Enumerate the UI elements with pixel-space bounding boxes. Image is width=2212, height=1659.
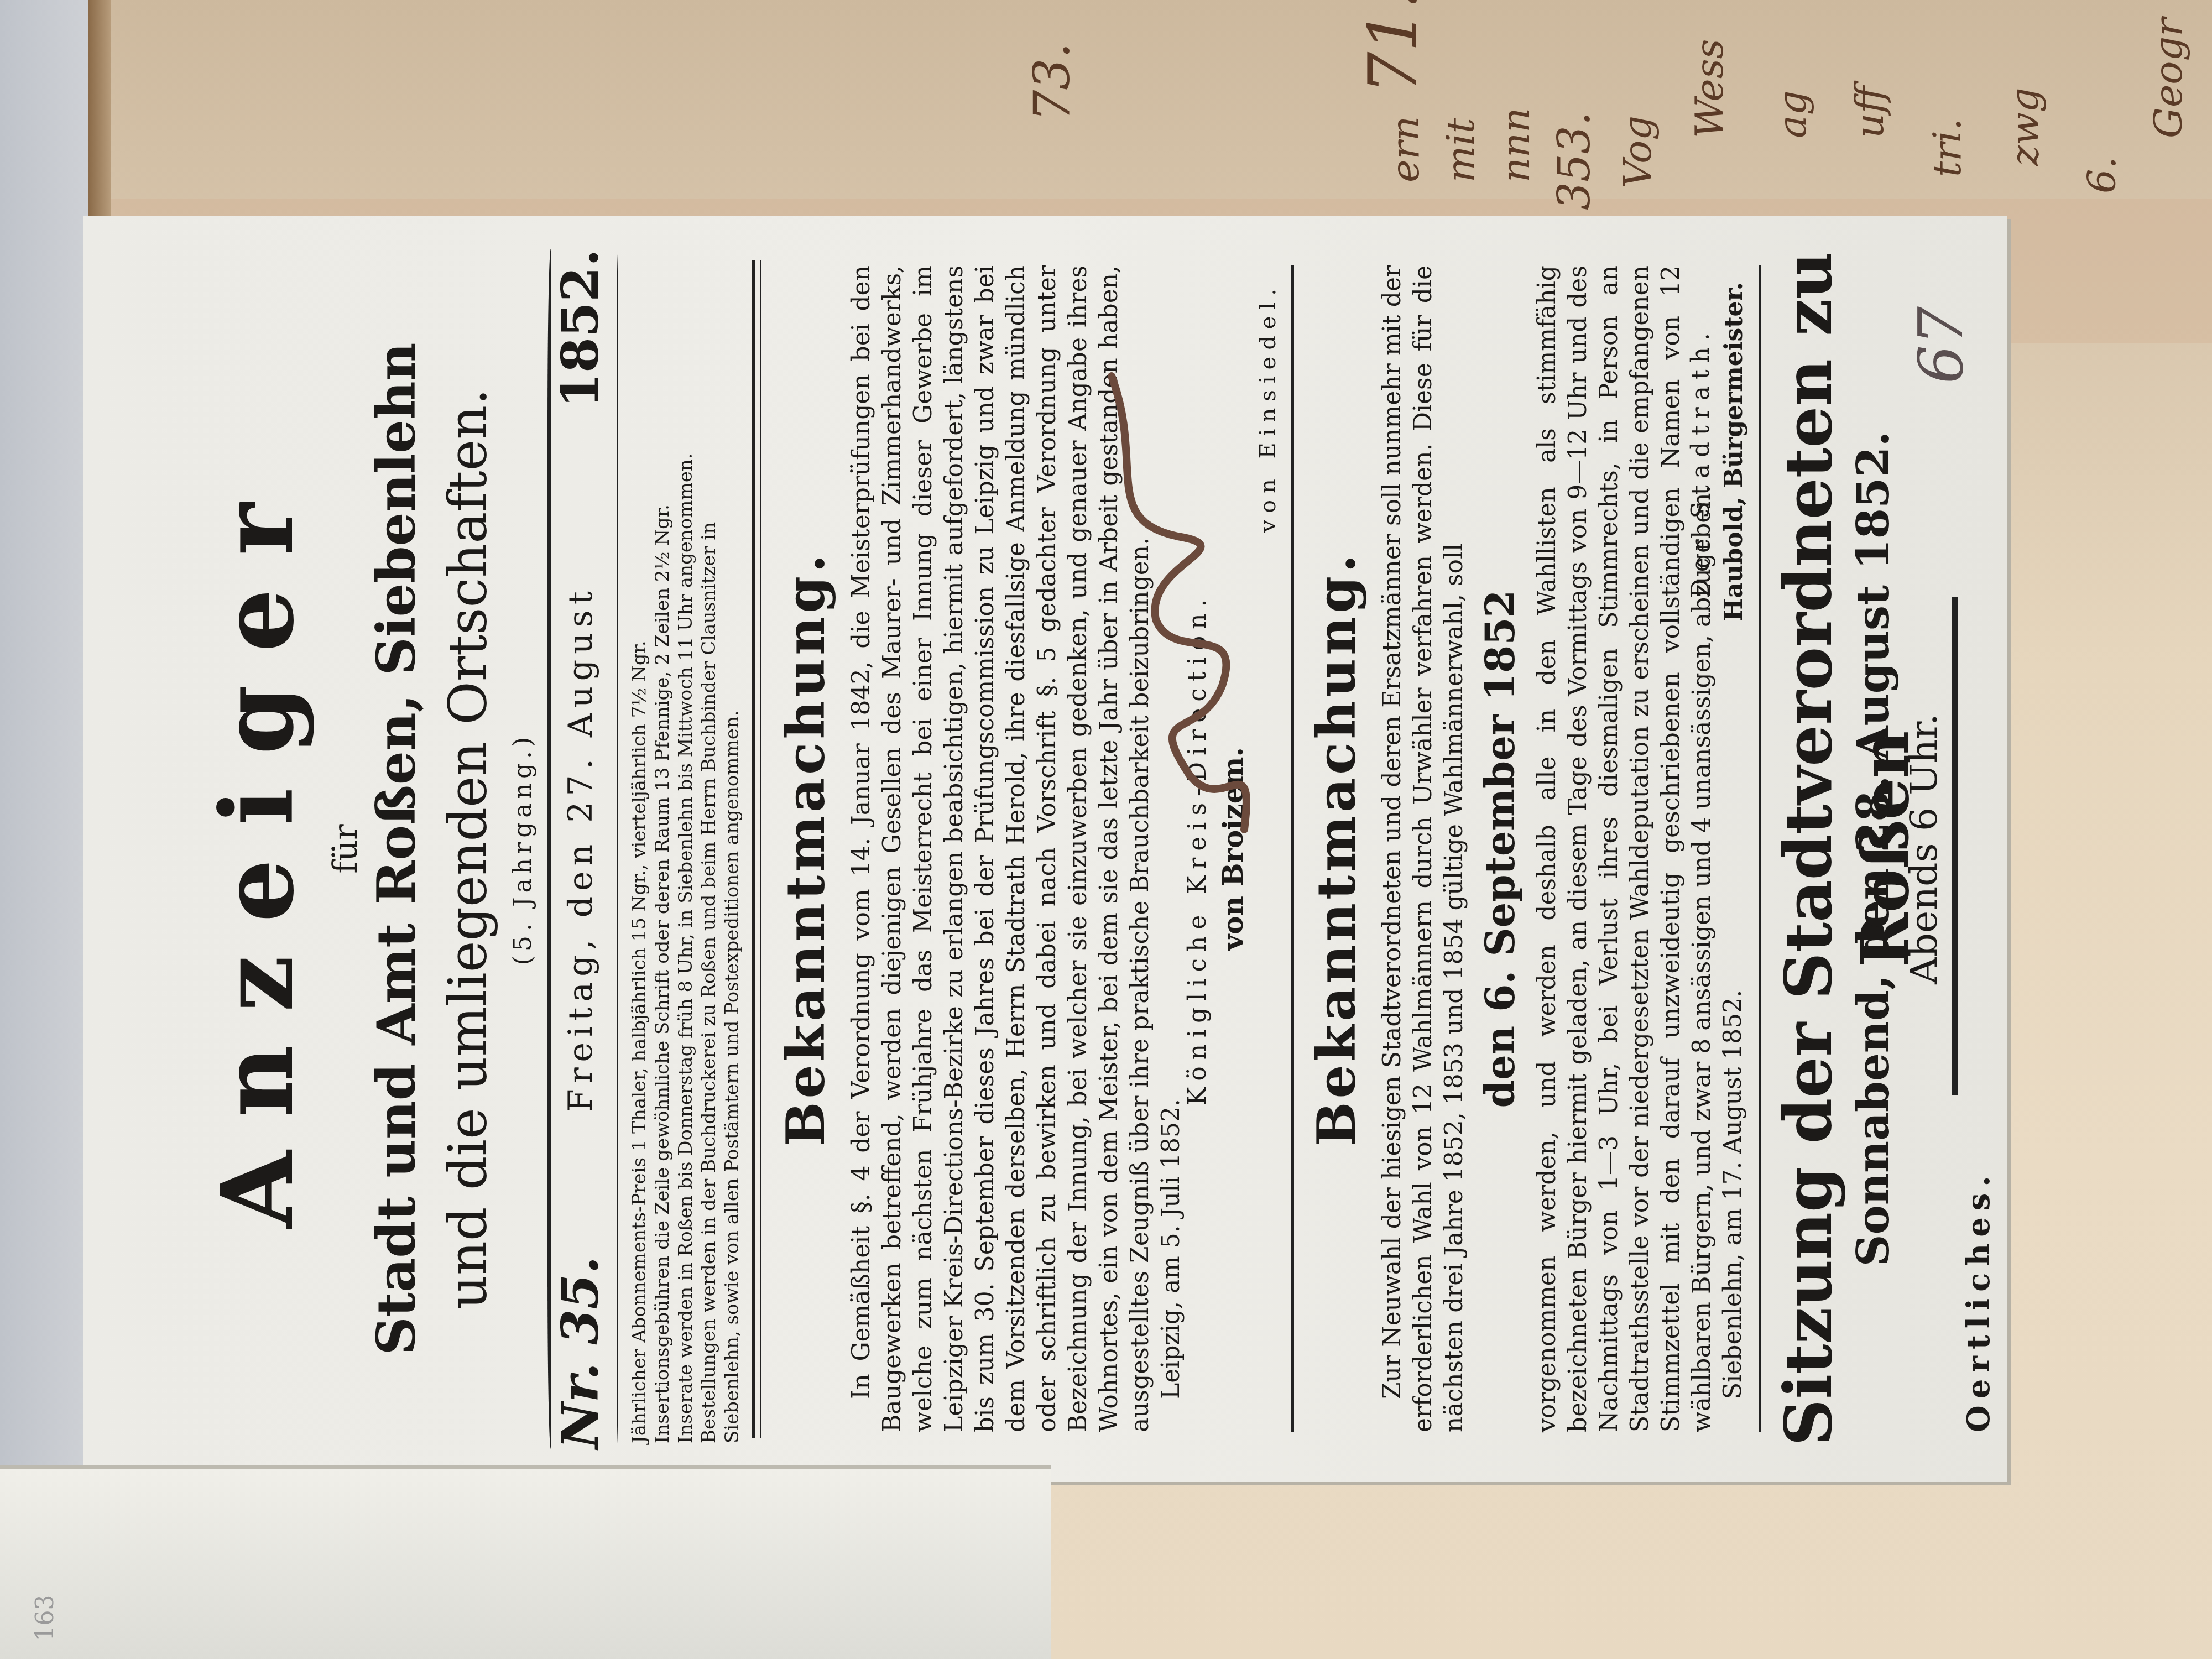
subscription-line: Jährlicher Abonnements-Preis 1 Thaler, h… [628, 254, 651, 1443]
ledger-margin-number: 71. [1355, 0, 1432, 94]
ledger-fragment: Vog [1615, 116, 1660, 188]
double-rule [752, 260, 761, 1438]
subscription-line: Insertionsgebühren die Zeile gewöhnliche… [651, 254, 674, 1443]
subscription-line: Bestellungen werden in der Buchdruckerei… [697, 254, 721, 1443]
ledger-fragment: mit [1438, 118, 1483, 182]
subscription-line: Inserate werden in Roßen bis Donnerstag … [674, 254, 697, 1443]
newspaper-content: Anzeiger für Stadt und Amt Roßen, Sieben… [83, 216, 2007, 1482]
scribble-mark [1078, 354, 1576, 852]
ledger-fragment: zwg [2002, 87, 2047, 166]
notice2-signer: Haubold, Bürgermeister. [1720, 282, 1748, 621]
session-time: Abends 6 Uhr. [1902, 216, 1946, 1482]
notice1-heading: Bekanntmachung. [774, 216, 837, 1482]
masthead-fuer: für [326, 216, 365, 1482]
notice2-authority: Der Stadtrath. [1687, 326, 1715, 598]
facing-page [0, 1465, 1051, 1659]
masthead-subtitle-1: Stadt und Amt Roßen, Siebenlehn [365, 216, 427, 1482]
issue-date: Freitag, den 27. August [561, 249, 600, 1449]
subscription-info: Jährlicher Abonnements-Preis 1 Thaler, h… [628, 254, 744, 1443]
ledger-fragment: ern [1383, 116, 1428, 182]
section-rule [1759, 265, 1761, 1432]
masthead-jahrgang: (5. Jahrgang.) [509, 216, 537, 1482]
ledger-fragment: 6. [2079, 156, 2125, 194]
ledger-fragment: tri. [1924, 118, 1970, 177]
handwritten-page-number: 67 [1906, 306, 1976, 384]
ledger-fragment: uff [1847, 86, 1892, 138]
facing-page-number: 163 [31, 1595, 59, 1641]
issue-rule-bottom [617, 249, 618, 1449]
issue-row: Nr. 35. Freitag, den 27. August 1852. [550, 249, 611, 1449]
section-rule-heavy [1952, 597, 1958, 1095]
ledger-fragment: Geogr [2146, 18, 2191, 138]
session-title: Sitzung der Stadtverordneten zu Roßen [1770, 216, 1923, 1482]
masthead-title: Anzeiger [199, 216, 316, 1482]
local-heading: Oertliches. [1960, 1169, 1997, 1432]
ledger-fragment: nnn [1493, 108, 1538, 182]
session-date: Sonnabend, den 28. August 1852. [1847, 216, 1899, 1482]
masthead-subtitle-2: und die umliegenden Ortschaften. [437, 216, 499, 1482]
issue-year: 1852. [550, 249, 610, 408]
ledger-fragment: ag [1770, 90, 1815, 138]
ledger-margin-number: 73. [1023, 43, 1081, 122]
ledger-fragment: 353. [1548, 112, 1600, 210]
subscription-line: Siebenlehn, sowie von allen Postämtern u… [721, 254, 744, 1443]
ledger-fragment: Wess [1687, 39, 1732, 138]
